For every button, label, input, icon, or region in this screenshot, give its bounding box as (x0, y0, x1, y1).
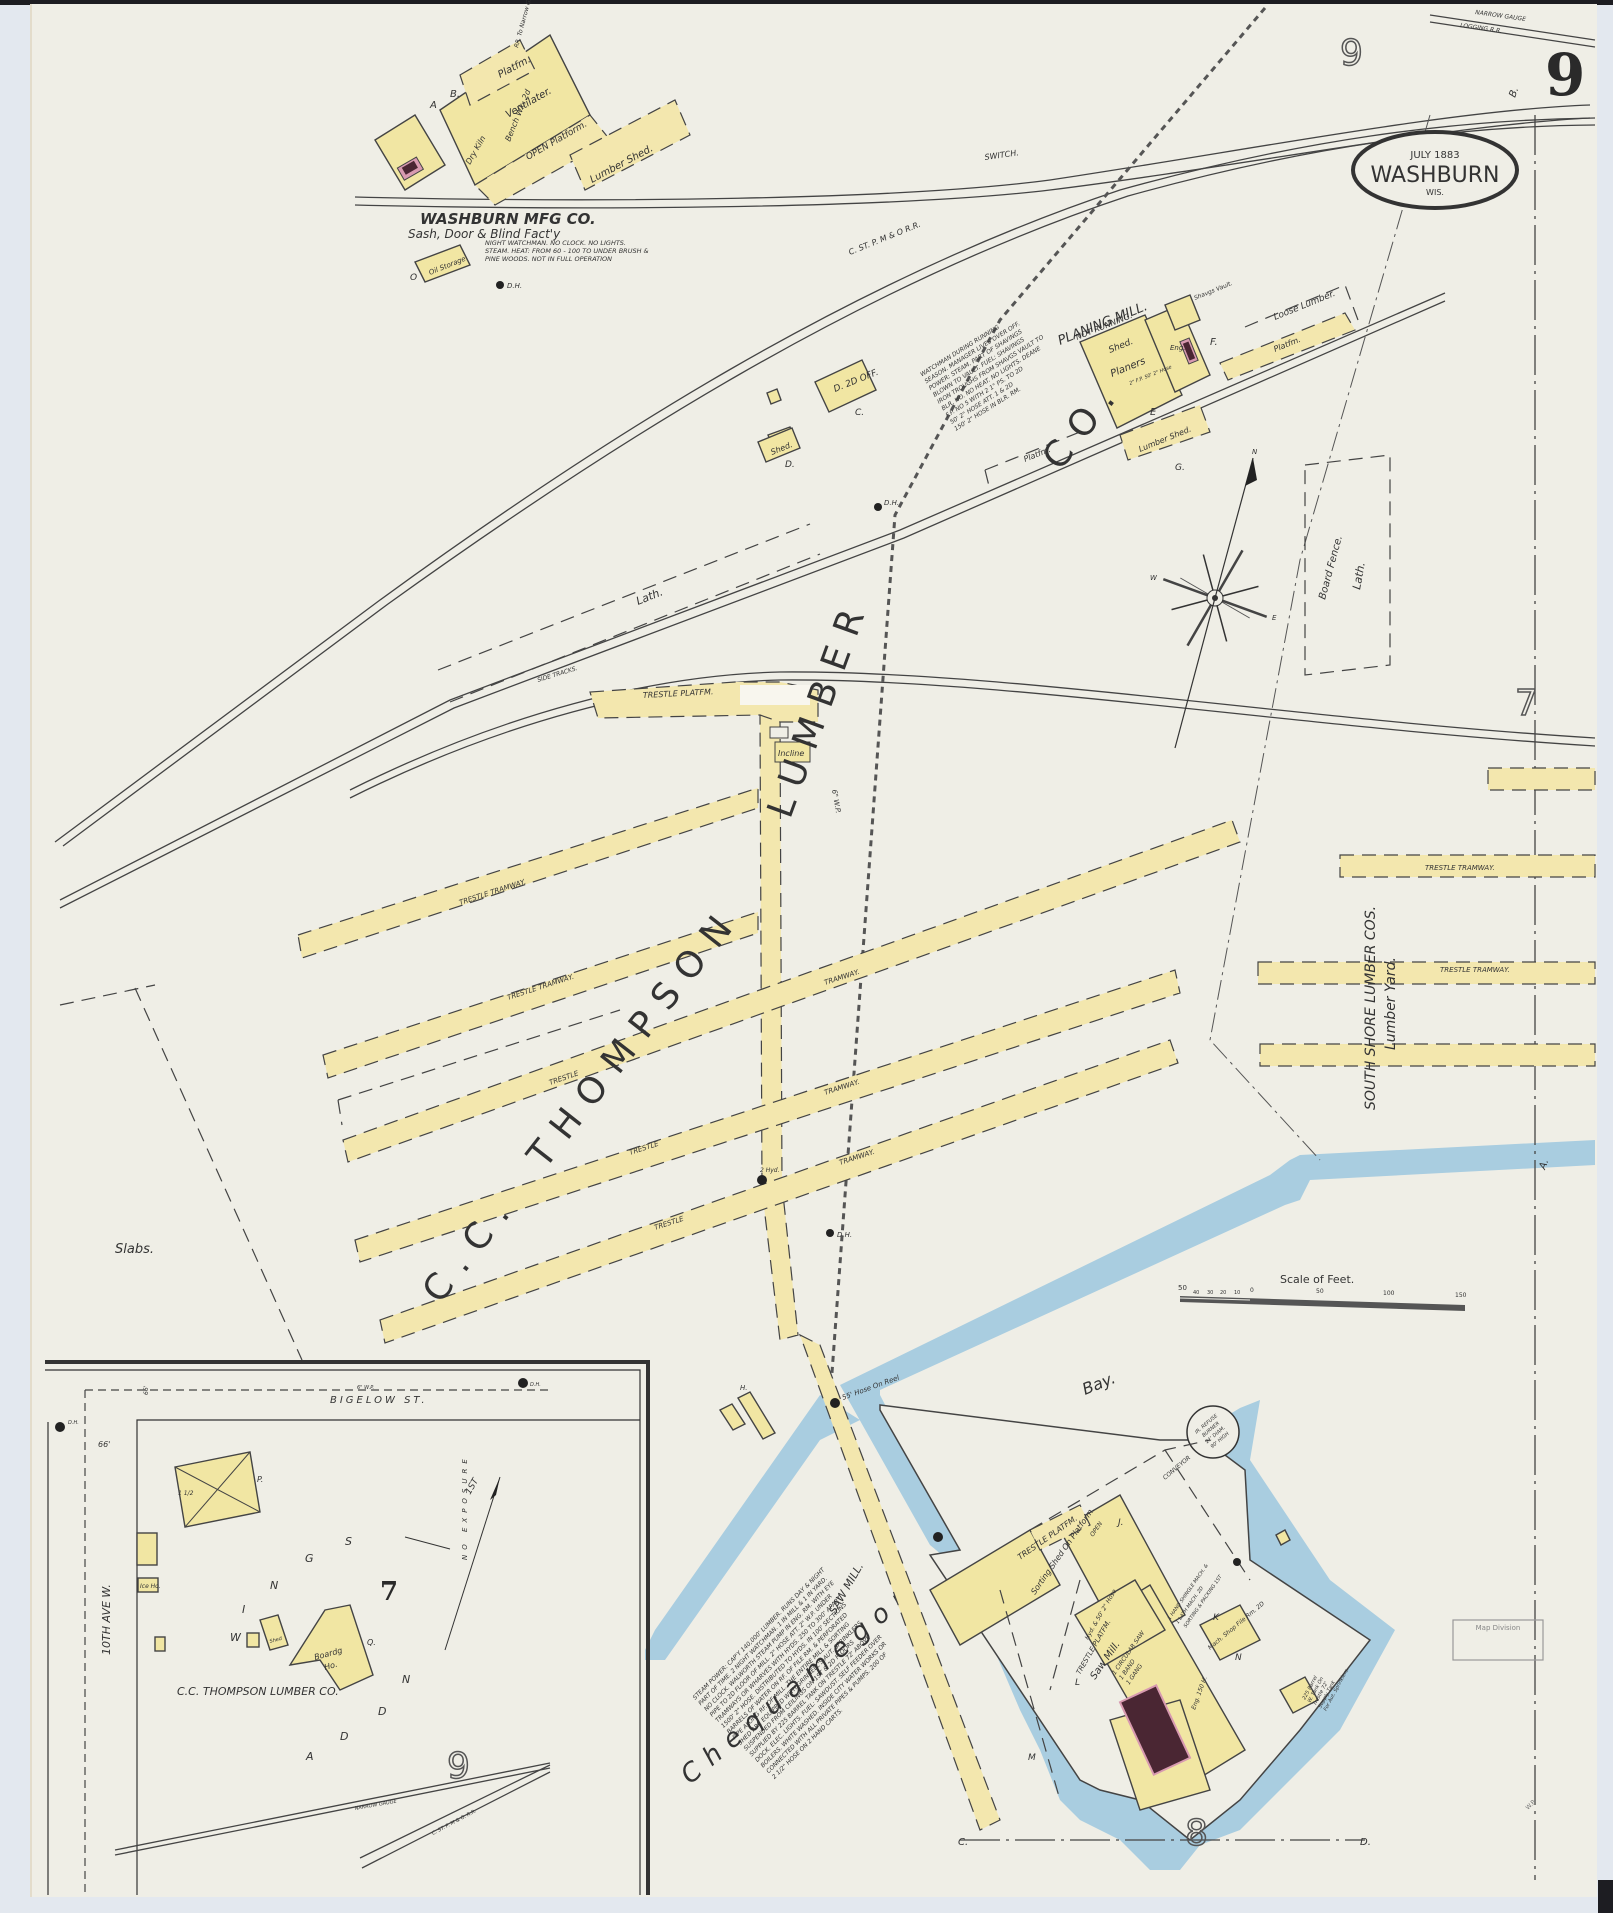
svg-text:N: N (270, 1579, 278, 1592)
compass-w: W (1150, 574, 1158, 582)
planing-mill-buildings (985, 285, 1358, 490)
hose-reel-hydrant (933, 1532, 943, 1542)
cartouche-city: WASHBURN (1370, 163, 1499, 188)
scale-tick-10: 10 (1234, 1290, 1240, 1296)
inset-p-label: P. (257, 1475, 263, 1484)
dh-hydrant-4 (1233, 1558, 1241, 1566)
inset-company: C.C. THOMPSON LUMBER CO. (177, 1685, 339, 1698)
sanborn-map: A B. Platfm. Ventilater. OPEN Platform. … (0, 0, 1613, 1913)
switch-label: SWITCH. (984, 148, 1019, 162)
adjacent-sheet-bottom: 8 (1185, 1813, 1208, 1854)
inset-ice-house: Ice Ho. (140, 1583, 161, 1590)
bigelow-street-label: BIGELOW ST. (330, 1395, 428, 1406)
office-c-label: C. (855, 408, 864, 418)
corner-mark: W.P. (1524, 1798, 1537, 1811)
sm-l-label: L (1075, 1678, 1080, 1688)
svg-text:D: D (340, 1730, 348, 1743)
compass-e: E (1272, 614, 1277, 622)
bl-sm-buildings (720, 1392, 775, 1439)
scale-tick-30: 30 (1207, 1290, 1213, 1296)
lath-label-2: Lath. (1350, 561, 1368, 590)
bldg-h-label: H. (740, 1384, 748, 1392)
line-d-label: D. (1360, 1837, 1371, 1848)
adjacent-sheet-top: 9 (1340, 33, 1363, 74)
dh-label-2: D.H. (884, 499, 899, 507)
scale-tick-50l: 50 (1178, 1284, 1187, 1292)
adjacent-sheet-right: 7 (1515, 683, 1538, 724)
scale-title: Scale of Feet. (1280, 1273, 1354, 1286)
shavings-vault-label: Shavgs Vault. (1193, 280, 1234, 302)
inset-dh: D.H. (530, 1382, 541, 1388)
scale-tick-100: 100 (1383, 1290, 1395, 1297)
stamp-text: Map Division (1476, 1624, 1521, 1632)
slabs-label: Slabs. (115, 1242, 154, 1257)
logging-rr-label: LOGGING R.R. (1460, 22, 1503, 35)
scale-tick-40: 40 (1193, 1290, 1199, 1296)
hyd-label: 2 Hyd. (760, 1167, 780, 1174)
sm-m-label: M (1028, 1753, 1036, 1763)
inset-water-pipe: 6" W.P. (357, 1385, 374, 1391)
washburn-note-3: PINE WOODS. NOT IN FULL OPERATION (485, 255, 612, 263)
compass-n: N (1252, 448, 1258, 456)
svg-text:I: I (242, 1603, 245, 1616)
svg-text:N: N (402, 1673, 410, 1686)
inset-dh-2: D.H. (68, 1420, 79, 1426)
washburn-mfg-title: WASHBURN MFG CO. (420, 210, 596, 228)
south-shore-trestles (1258, 455, 1595, 1066)
svg-text:A: A (305, 1750, 314, 1763)
inset-width-66b: 66' (143, 1385, 150, 1395)
scale-bar (1180, 1296, 1465, 1311)
cstpmo-rr-label: C. ST. P. M & O R.R. (847, 220, 922, 257)
inset-adjacent-sheet: 9 (447, 1746, 470, 1787)
water-pipe-label: 6" W.P. (830, 789, 842, 814)
line-b-label: B. (1507, 86, 1521, 99)
dh-label-3: D.H. (837, 1231, 852, 1239)
loose-lumber-label: Loose Lumber. (1272, 289, 1337, 323)
dh-hydrant-3 (826, 1229, 834, 1237)
sm-j-label: J. (1116, 1518, 1124, 1528)
hose-reel-hydrant-2 (830, 1398, 840, 1408)
ss-trestle-tramway-2: TRESTLE TRAMWAY. (1440, 966, 1510, 974)
washburn-note-2: STEAM. HEAT: FROM 60 - 100 TO UNDER BRUS… (485, 247, 649, 255)
svg-text:D: D (378, 1705, 386, 1718)
bldg-b-label: B. (450, 89, 460, 100)
narrow-gauge-label: NARROW GAUGE (1475, 9, 1527, 23)
inset-map (45, 1360, 648, 1895)
planing-mill-notes: WATCHMAN DURING RUNNING SEASON. MANAGER … (919, 307, 1062, 433)
inset-width-66: 66' (98, 1440, 110, 1449)
pm-g-label: G. (1175, 463, 1185, 473)
thompson-trestles (298, 682, 1240, 1343)
eng-label: Eng. (1170, 344, 1186, 352)
inset-no-exposure: NO EXPOSURE (461, 1454, 469, 1560)
pm-e-label: E (1150, 407, 1157, 418)
page-number: 9 (1545, 41, 1585, 109)
inset-q-label: Q. (367, 1638, 376, 1647)
side-tracks-label: SIDE TRACKS. (537, 665, 579, 684)
bay-label: Bay. (1079, 1368, 1118, 1398)
lath-label-1: Lath. (634, 585, 665, 607)
cartouche-date: JULY 1883 (1409, 150, 1459, 161)
svg-text:S: S (345, 1535, 352, 1548)
pm-f-label: F. (1210, 337, 1218, 348)
inset-barn-height: 1 1/2 (178, 1490, 194, 1497)
board-fence-label: Board Fence. (1317, 534, 1345, 600)
south-shore-name: SOUTH SHORE LUMBER COS. (1363, 906, 1379, 1110)
dh-hydrant-2 (874, 503, 882, 511)
bldg-o-label: O (410, 273, 417, 283)
inset-block-number: 7 (380, 1577, 398, 1607)
shed-d-letter: D. (785, 460, 795, 470)
scale-tick-20: 20 (1220, 1290, 1226, 1296)
bldg-a-label: A (429, 100, 437, 111)
ss-trestle-tramway-1: TRESTLE TRAMWAY. (1425, 864, 1495, 872)
scale-tick-0: 0 (1250, 1287, 1254, 1294)
scale-tick-150: 150 (1455, 1292, 1467, 1299)
sm-n-label: N (1235, 1653, 1242, 1663)
dh-hydrant-1 (496, 281, 504, 289)
scale-tick-50r: 50 (1316, 1288, 1324, 1295)
compass-rose (1163, 458, 1266, 748)
washburn-note-1: NIGHT WATCHMAN. NO CLOCK. NO LIGHTS. (485, 239, 626, 247)
svg-text:G: G (305, 1552, 314, 1565)
hydrant-2hyd (757, 1175, 767, 1185)
to-narrow-gauge-label: RR. To Narrow Gauge R.R. (513, 0, 540, 49)
tenth-ave-label: 10TH AVE W. (100, 1584, 113, 1655)
south-shore-sub: Lumber Yard. (1383, 957, 1399, 1050)
dh-label-1: D.H. (507, 282, 522, 290)
svg-text:W: W (230, 1631, 242, 1644)
line-c-label: C. (958, 1837, 968, 1848)
cartouche-state: WIS. (1426, 188, 1444, 197)
water-main-dashed (830, 8, 1265, 1400)
